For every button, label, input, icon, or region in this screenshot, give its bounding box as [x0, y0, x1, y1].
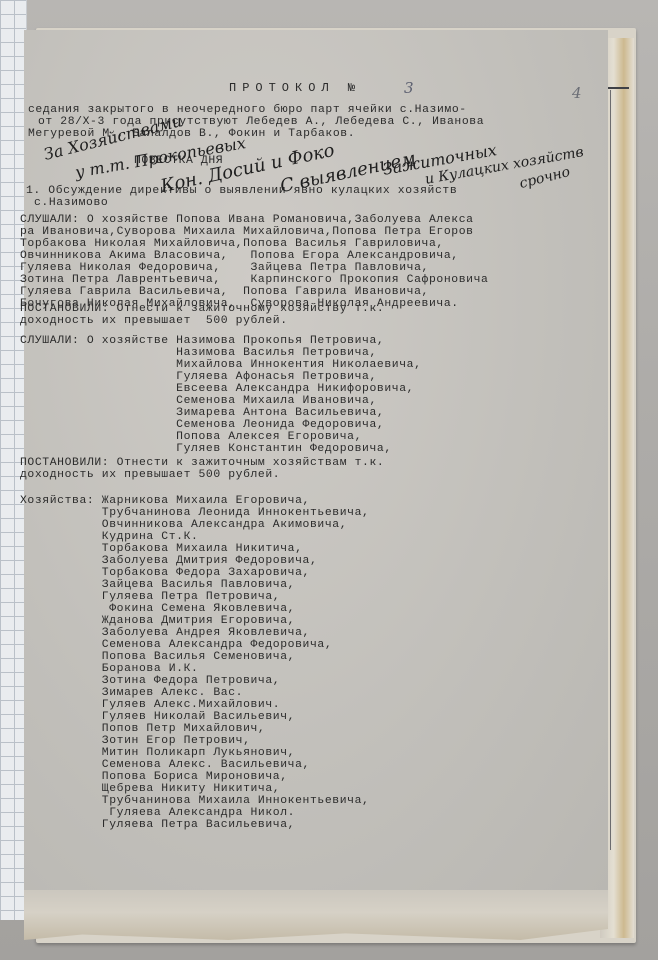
list-item: Семенова Александра Федоровича,: [20, 639, 332, 651]
list-item: Попов Петр Михайлович,: [20, 723, 265, 735]
torn-page-bottom: [24, 885, 608, 940]
header-line: от 28/Х-3 года присутствуют Лебедев А., …: [38, 116, 484, 128]
text-line: Евсеева Александра Никифоровича,: [20, 383, 414, 395]
list-item: Торбакова Михаила Никитича,: [20, 543, 303, 555]
list-item: Зотин Егор Петрович,: [20, 735, 251, 747]
list-item: Трубчанинова Леонида Иннокентьевича,: [20, 507, 369, 519]
list-item: Митин Поликарп Лукьянович,: [20, 747, 295, 759]
text-line: Попова Алексея Егоровича,: [20, 431, 362, 443]
list-item: Гуляев Николай Васильевич,: [20, 711, 295, 723]
document-page: ПРОТОКОЛ № 3 4 седания закрытого в неоче…: [24, 30, 608, 890]
list-item: Трубчанинова Михаила Иннокентьевича,: [20, 795, 369, 807]
header-line: седания закрытого в неочередного бюро па…: [28, 104, 467, 116]
protocol-number-handwritten: 3: [404, 79, 414, 97]
list-item: Заболуева Андрея Яковлевича,: [20, 627, 310, 639]
text-line: Зотина Петра Лаврентьевича, Карпинского …: [20, 274, 488, 286]
text-line: Зимарева Антона Васильевича,: [20, 407, 384, 419]
list-item: Щебрева Никиту Никитича,: [20, 783, 280, 795]
list-item: Гуляева Петра Васильевича,: [20, 819, 295, 831]
document-title: ПРОТОКОЛ №: [229, 82, 361, 94]
text-line: Торбакова Николая Михайловича,Попова Вас…: [20, 238, 444, 250]
text-line: СЛУШАЛИ: О хозяйстве Попова Ивана Романо…: [20, 214, 474, 226]
text-line: доходность их превышает 500 рублей.: [20, 469, 280, 481]
list-item: Кудрина Ст.К.: [20, 531, 198, 543]
text-line: Овчинникова Акима Власовича, Попова Егор…: [20, 250, 459, 262]
list-item: Хозяйства: Жарникова Михаила Егоровича,: [20, 495, 310, 507]
text-line: Михайлова Иннокентия Николаевича,: [20, 359, 422, 371]
text-line: Гуляева Афонасья Петровича,: [20, 371, 377, 383]
list-item: Гуляева Александра Никол.: [20, 807, 295, 819]
text-line: Назимова Василья Петровича,: [20, 347, 377, 359]
folder-margin-line: [610, 90, 611, 850]
text-line: Гуляева Гаврила Васильевича, Попова Гавр…: [20, 286, 429, 298]
list-item: Боранова И.К.: [20, 663, 198, 675]
text-line: Гуляева Николая Федоровича, Зайцева Петр…: [20, 262, 429, 274]
list-item: Торбакова Федора Захаровича,: [20, 567, 310, 579]
text-line: Семенова Леонида Федоровича,: [20, 419, 384, 431]
text-line: СЛУШАЛИ: О хозяйстве Назимова Прокопья П…: [20, 335, 384, 347]
text-line: Семенова Михаила Ивановича,: [20, 395, 377, 407]
list-item: Зайцева Василья Павловича,: [20, 579, 295, 591]
list-item: Заболуева Дмитрия Федоровича,: [20, 555, 317, 567]
text-line: ра Ивановича,Суворова Михаила Михайлович…: [20, 226, 474, 238]
list-item: Попова Бориса Мироновича,: [20, 771, 288, 783]
list-item: Зимарев Алекс. Вас.: [20, 687, 243, 699]
text-line: Гуляев Константин Федоровича,: [20, 443, 392, 455]
page-number-handwritten: 4: [572, 84, 582, 102]
list-item: Попова Василья Семеновича,: [20, 651, 295, 663]
text-line: ПОСТАНОВИЛИ: Отнести к зажиточным хозяйс…: [20, 457, 384, 469]
list-item: Зотина Федора Петровича,: [20, 675, 280, 687]
agenda-item: 1. Обсуждение директивы о выявлении явно…: [26, 185, 457, 197]
text-line: ПОСТАНОВИЛИ: Отнести к зажиточному хозяй…: [20, 303, 384, 315]
list-item: Овчинникова Александра Акимовича,: [20, 519, 347, 531]
list-item: Фокина Семена Яковлевича,: [20, 603, 295, 615]
list-item: Гуляев Алекс.Михайлович.: [20, 699, 280, 711]
list-item: Гуляева Петра Петровича,: [20, 591, 280, 603]
text-line: доходность их превышает 500 рублей.: [20, 315, 288, 327]
list-item: Семенова Алекс. Васильевича,: [20, 759, 310, 771]
list-item: Жданова Дмитрия Егоровича,: [20, 615, 295, 627]
agenda-item: с.Назимово: [34, 197, 108, 209]
